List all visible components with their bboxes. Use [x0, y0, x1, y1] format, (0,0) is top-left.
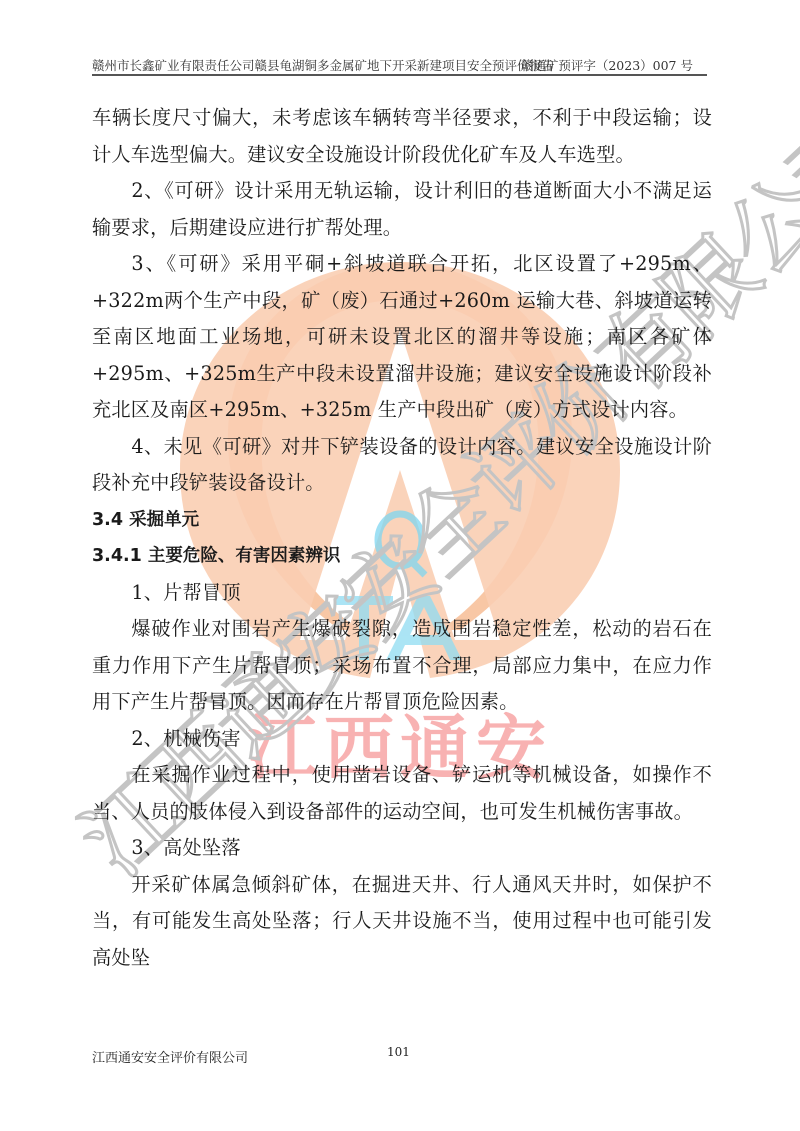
header-divider [92, 74, 707, 76]
page-content: 赣州市长鑫矿业有限责任公司赣县龟湖铜多金属矿地下开采新建项目安全预评价报告 赣通… [0, 0, 800, 1131]
document-number: 赣通矿预评字（2023）007 号 [521, 56, 693, 74]
report-title: 赣州市长鑫矿业有限责任公司赣县龟湖铜多金属矿地下开采新建项目安全预评价报告 [92, 56, 555, 74]
paragraph: 车辆长度尺寸偏大，未考虑该车辆转弯半径要求，不利于中段运输；设计人车选型偏大。建… [92, 100, 712, 173]
paragraph: 2、《可研》设计采用无轨运输，设计利旧的巷道断面大小不满足运输要求，后期建设应进… [92, 173, 712, 246]
page-body: 车辆长度尺寸偏大，未考虑该车辆转弯半径要求，不利于中段运输；设计人车选型偏大。建… [92, 100, 712, 976]
paragraph: 爆破作业对围岩产生爆破裂隙，造成围岩稳定性差，松动的岩石在重力作用下产生片帮冒顶… [92, 611, 712, 721]
footer-company: 江西通安安全评价有限公司 [92, 1047, 248, 1066]
list-item-title: 1、片帮冒顶 [92, 575, 712, 612]
list-item-title: 2、机械伤害 [92, 721, 712, 758]
paragraph: 4、未见《可研》对井下铲装设备的设计内容。建议安全设施设计阶段补充中段铲装设备设… [92, 429, 712, 502]
subsection-heading: 3.4.1 主要危险、有害因素辨识 [92, 538, 712, 575]
list-item-title: 3、高处坠落 [92, 830, 712, 867]
paragraph: 在采掘作业过程中，使用凿岩设备、铲运机等机械设备，如操作不当、人员的肢体侵入到设… [92, 757, 712, 830]
document-page: 江西通安 江西通安安全评价有限公司 赣州市长鑫矿业有限责任公司赣县龟湖铜多金属矿… [0, 0, 800, 1131]
paragraph: 开采矿体属急倾斜矿体，在掘进天井、行人通风天井时，如保护不当，有可能发生高处坠落… [92, 867, 712, 977]
section-heading: 3.4 采掘单元 [92, 502, 712, 539]
page-number: 101 [387, 1045, 410, 1059]
paragraph: 3、《可研》采用平硐+斜坡道联合开拓，北区设置了+295m、+322m两个生产中… [92, 246, 712, 429]
page-header: 赣州市长鑫矿业有限责任公司赣县龟湖铜多金属矿地下开采新建项目安全预评价报告 赣通… [92, 56, 707, 74]
